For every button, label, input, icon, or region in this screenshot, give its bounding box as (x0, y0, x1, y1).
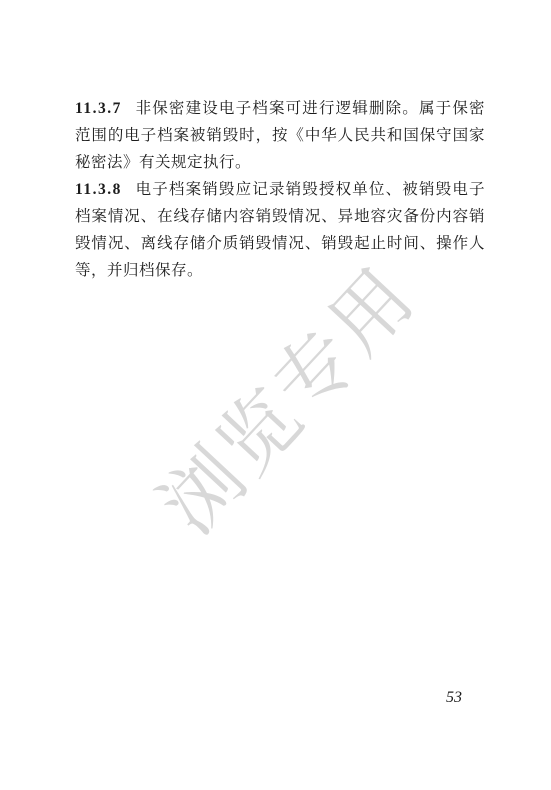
page-number: 53 (446, 689, 462, 707)
clause-number: 11.3.7 (75, 100, 122, 117)
clause-text: 非保密建设电子档案可进行逻辑删除。属于保密范围的电子档案被销毁时，按《中华人民共… (75, 100, 485, 171)
clause-paragraph-11-3-7: 11.3.7非保密建设电子档案可进行逻辑删除。属于保密范围的电子档案被销毁时，按… (75, 95, 485, 176)
clause-paragraph-11-3-8: 11.3.8电子档案销毁应记录销毁授权单位、被销毁电子档案情况、在线存储内容销毁… (75, 176, 485, 284)
preview-watermark: 浏览专用 (131, 238, 437, 554)
clause-text-block: 11.3.7非保密建设电子档案可进行逻辑删除。属于保密范围的电子档案被销毁时，按… (75, 95, 485, 284)
clause-text: 电子档案销毁应记录销毁授权单位、被销毁电子档案情况、在线存储内容销毁情况、异地容… (75, 181, 485, 279)
clause-number: 11.3.8 (75, 181, 122, 198)
document-page: 11.3.7非保密建设电子档案可进行逻辑删除。属于保密范围的电子档案被销毁时，按… (0, 0, 551, 790)
